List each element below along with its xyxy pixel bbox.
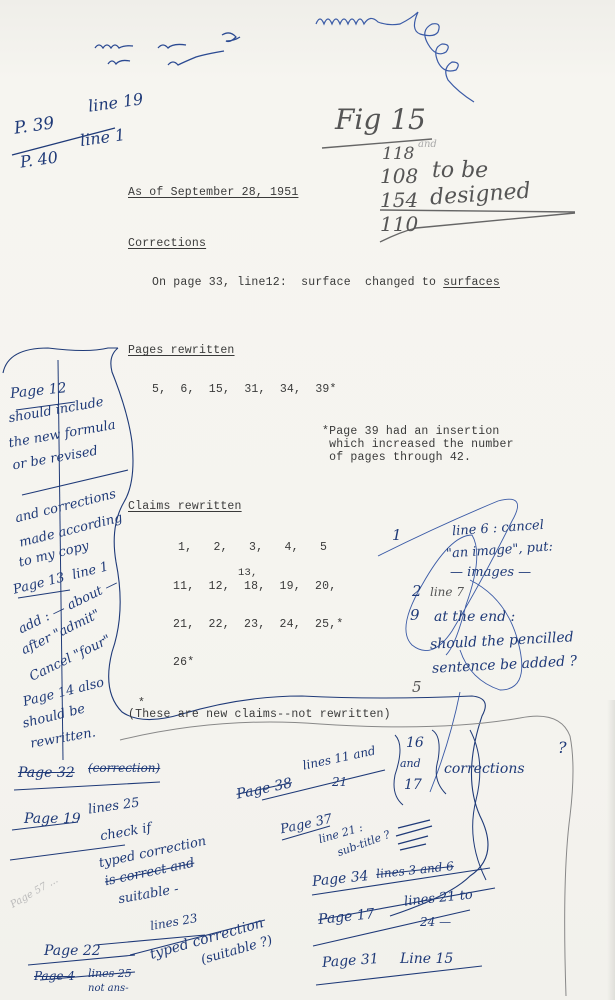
claims-note-line6: line 6 : cancel — [452, 519, 545, 538]
note-line15: Line 15 — [400, 952, 453, 966]
date-line: As of September 28, 1951 — [128, 186, 298, 199]
pages-note-line-1: *Page 39 had an insertion — [322, 425, 500, 438]
correction-new-word: surfaces — [443, 276, 500, 289]
note-question: ? — [558, 740, 567, 756]
claims-row-3: 21, 22, 23, 24, 25,* — [173, 618, 343, 631]
correction-text: On page 33, line12: surface changed to — [152, 276, 443, 289]
claims-note-9: 9 — [410, 608, 420, 623]
note-faint-pencil: Page 57 ... — [9, 875, 60, 910]
note-lines3and6: lines 3 and 6 — [376, 860, 455, 880]
note-corrections: corrections — [444, 762, 525, 776]
note-check-if: check if — [99, 822, 152, 844]
claims-note-at-end: at the end : — [434, 610, 515, 624]
pages-note-line-2: which increased the number — [322, 438, 514, 451]
note-line19: line 19 — [87, 91, 144, 115]
claims-note-2: 2 — [412, 584, 422, 599]
fig-num-154: 154 — [380, 190, 418, 210]
claims-note-line7: line 7 — [430, 586, 464, 598]
claims-note-an-image: "an image", put: — [446, 540, 554, 560]
note-page31: Page 31 — [322, 952, 379, 970]
note-lines25b: lines 25 — [88, 968, 132, 979]
claims-insert: 13, — [238, 567, 258, 579]
claims-note-sentence: sentence be added ? — [432, 654, 578, 676]
fig-and: and — [418, 140, 437, 150]
note-line1: line 1 — [79, 127, 126, 149]
note-page32-correction: (correction) — [88, 762, 160, 774]
claims-note-5: 5 — [412, 680, 422, 695]
note-page17: Page 17 — [317, 907, 375, 927]
claims-row-2: 11, 12, 18, 19, 20, — [173, 580, 336, 593]
note-page32: Page 32 — [18, 766, 75, 780]
pages-list: 5, 6, 15, 31, 34, 39* — [152, 383, 337, 396]
note-page19: Page 19 — [24, 812, 81, 826]
note-not-ans: not ans- — [88, 984, 129, 994]
note-page38: Page 38 — [235, 776, 293, 801]
fig-num-110: 110 — [380, 214, 418, 234]
claims-rewritten-heading: Claims rewritten — [128, 500, 242, 513]
note-p40: P. 40 — [19, 149, 59, 170]
margin-note-14: rewritten. — [29, 726, 96, 750]
note-page22: Page 22 — [44, 944, 101, 958]
fig-num-108: 108 — [380, 166, 418, 186]
margin-note-4: or be revised — [12, 445, 99, 473]
fig-num-118: 118 — [382, 146, 414, 163]
note-24: 24 — — [420, 916, 451, 928]
margin-note-1: Page 12 — [9, 381, 67, 401]
fig-designed: designed — [429, 181, 531, 210]
page-edge-shadow — [607, 700, 615, 1000]
claims-note-images: — images — — [450, 566, 531, 579]
claims-row-4: 26* — [173, 656, 194, 669]
corrections-heading: Corrections — [128, 237, 206, 250]
note-lines11: lines 11 and — [302, 744, 377, 771]
claims-note-1: 1 — [392, 528, 402, 543]
correction-line: On page 33, line12: surface changed to s… — [152, 276, 500, 289]
note-17: 17 — [404, 778, 422, 792]
note-16: 16 — [406, 736, 424, 750]
note-lines23: lines 23 — [149, 912, 198, 932]
claims-note-should: should the pencilled — [430, 630, 574, 652]
claims-footnote: (These are new claims--not rewritten) — [128, 708, 391, 721]
note-page4: Page 4 — [34, 970, 75, 982]
note-lines21to: lines 21 to — [404, 888, 474, 908]
document-page: As of September 28, 1951 Corrections On … — [0, 0, 615, 1000]
pages-rewritten-heading: Pages rewritten — [128, 344, 235, 357]
claims-row-1: 1, 2, 3, 4, 5 — [178, 541, 327, 554]
fig-title: Fig 15 — [335, 106, 426, 134]
note-21: 21 — [332, 776, 347, 788]
note-p39: P. 39 — [13, 115, 55, 137]
pages-note-line-3: of pages through 42. — [322, 451, 471, 464]
note-lines25: lines 25 — [87, 796, 140, 816]
fig-to-be: to be — [432, 160, 488, 182]
note-page34: Page 34 — [311, 869, 369, 889]
note-and: and — [400, 758, 421, 769]
note-suitable: suitable - — [117, 883, 179, 906]
